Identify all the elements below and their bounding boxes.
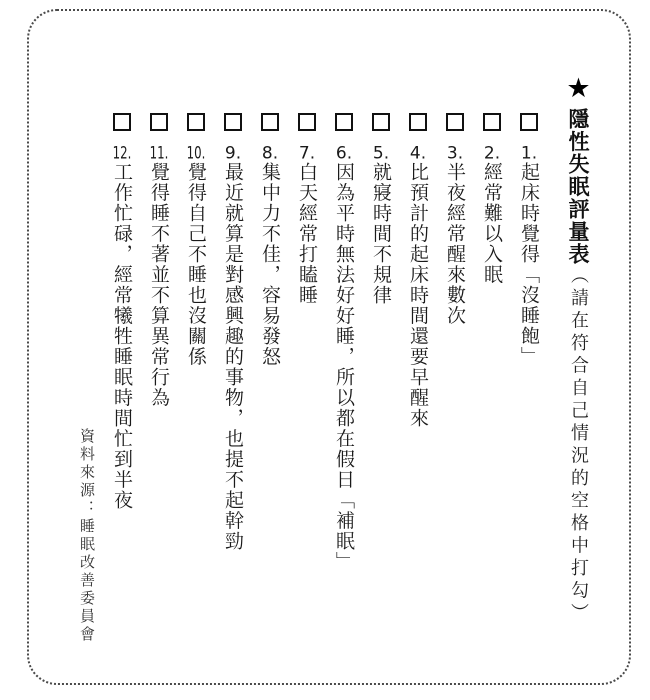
checkbox[interactable] <box>483 113 501 131</box>
checklist-item: 7.白天經常打瞌睡 <box>297 11 317 683</box>
checkbox[interactable] <box>520 113 538 131</box>
item-number: 2. <box>482 145 502 162</box>
checkbox[interactable] <box>113 113 131 131</box>
checklist-item: 12.工作忙碌，經常犧牲睡眠時間忙到半夜 <box>112 11 132 683</box>
checklist-item: 9.最近就算是對感興趣的事物，也提不起幹勁 <box>223 11 243 683</box>
item-number: 6. <box>334 145 354 162</box>
item-label: 覺得睡不著並不算異常行為 <box>148 162 170 408</box>
item-label: 就寢時間不規律 <box>370 162 392 306</box>
item-number: 12. <box>112 145 132 162</box>
item-number: 10. <box>186 145 206 162</box>
item-label: 白天經常打瞌睡 <box>296 162 318 306</box>
item-number: 8. <box>260 145 280 162</box>
dotted-border-sheet: ★隱性失眠評量表（請在符合自己情況的空格中打勾） 1.起床時覺得「沒睡飽」 2.… <box>27 9 631 685</box>
source-note: 資料來源：睡眠改善委員會 <box>78 11 95 683</box>
title-column: ★隱性失眠評量表（請在符合自己情況的空格中打勾） <box>565 11 591 683</box>
checkbox[interactable] <box>372 113 390 131</box>
item-label: 覺得自己不睡也沒關係 <box>185 162 207 367</box>
page-title: 隱性失眠評量表 <box>566 108 590 266</box>
checklist-item: 6.因為平時無法好好睡，所以都在假日「補眠」 <box>334 11 354 683</box>
item-number: 7. <box>297 145 317 162</box>
item-label: 集中力不佳，容易發怒 <box>259 162 281 367</box>
item-label: 因為平時無法好好睡，所以都在假日「補眠」 <box>333 162 355 572</box>
item-label: 經常難以入眠 <box>481 162 503 285</box>
checkbox[interactable] <box>261 113 279 131</box>
item-label: 半夜經常醒來數次 <box>444 162 466 326</box>
item-number: 11. <box>149 145 169 162</box>
checkbox[interactable] <box>298 113 316 131</box>
item-number: 4. <box>408 145 428 162</box>
checklist-item: 1.起床時覺得「沒睡飽」 <box>519 11 539 683</box>
checklist-item: 3.半夜經常醒來數次 <box>445 11 465 683</box>
item-number: 9. <box>223 145 243 162</box>
star-icon: ★ <box>563 73 594 108</box>
checkbox[interactable] <box>224 113 242 131</box>
item-label: 最近就算是對感興趣的事物，也提不起幹勁 <box>222 162 244 552</box>
checklist-item: 11.覺得睡不著並不算異常行為 <box>149 11 169 683</box>
checkbox[interactable] <box>409 113 427 131</box>
checkbox[interactable] <box>335 113 353 131</box>
checklist-item: 10.覺得自己不睡也沒關係 <box>186 11 206 683</box>
item-number: 1. <box>519 145 539 162</box>
item-number: 5. <box>371 145 391 162</box>
questionnaire-content: ★隱性失眠評量表（請在符合自己情況的空格中打勾） 1.起床時覺得「沒睡飽」 2.… <box>29 11 629 683</box>
checklist-item: 2.經常難以入眠 <box>482 11 502 683</box>
title-instruction: （請在符合自己情況的空格中打勾） <box>568 266 589 626</box>
checkbox[interactable] <box>150 113 168 131</box>
item-label: 工作忙碌，經常犧牲睡眠時間忙到半夜 <box>111 162 133 511</box>
checklist-item: 5.就寢時間不規律 <box>371 11 391 683</box>
checkbox[interactable] <box>446 113 464 131</box>
checklist-item: 4.比預計的起床時間還要早醒來 <box>408 11 428 683</box>
item-label: 起床時覺得「沒睡飽」 <box>518 162 540 367</box>
item-number: 3. <box>445 145 465 162</box>
checkbox[interactable] <box>187 113 205 131</box>
item-label: 比預計的起床時間還要早醒來 <box>407 162 429 429</box>
checklist-item: 8.集中力不佳，容易發怒 <box>260 11 280 683</box>
